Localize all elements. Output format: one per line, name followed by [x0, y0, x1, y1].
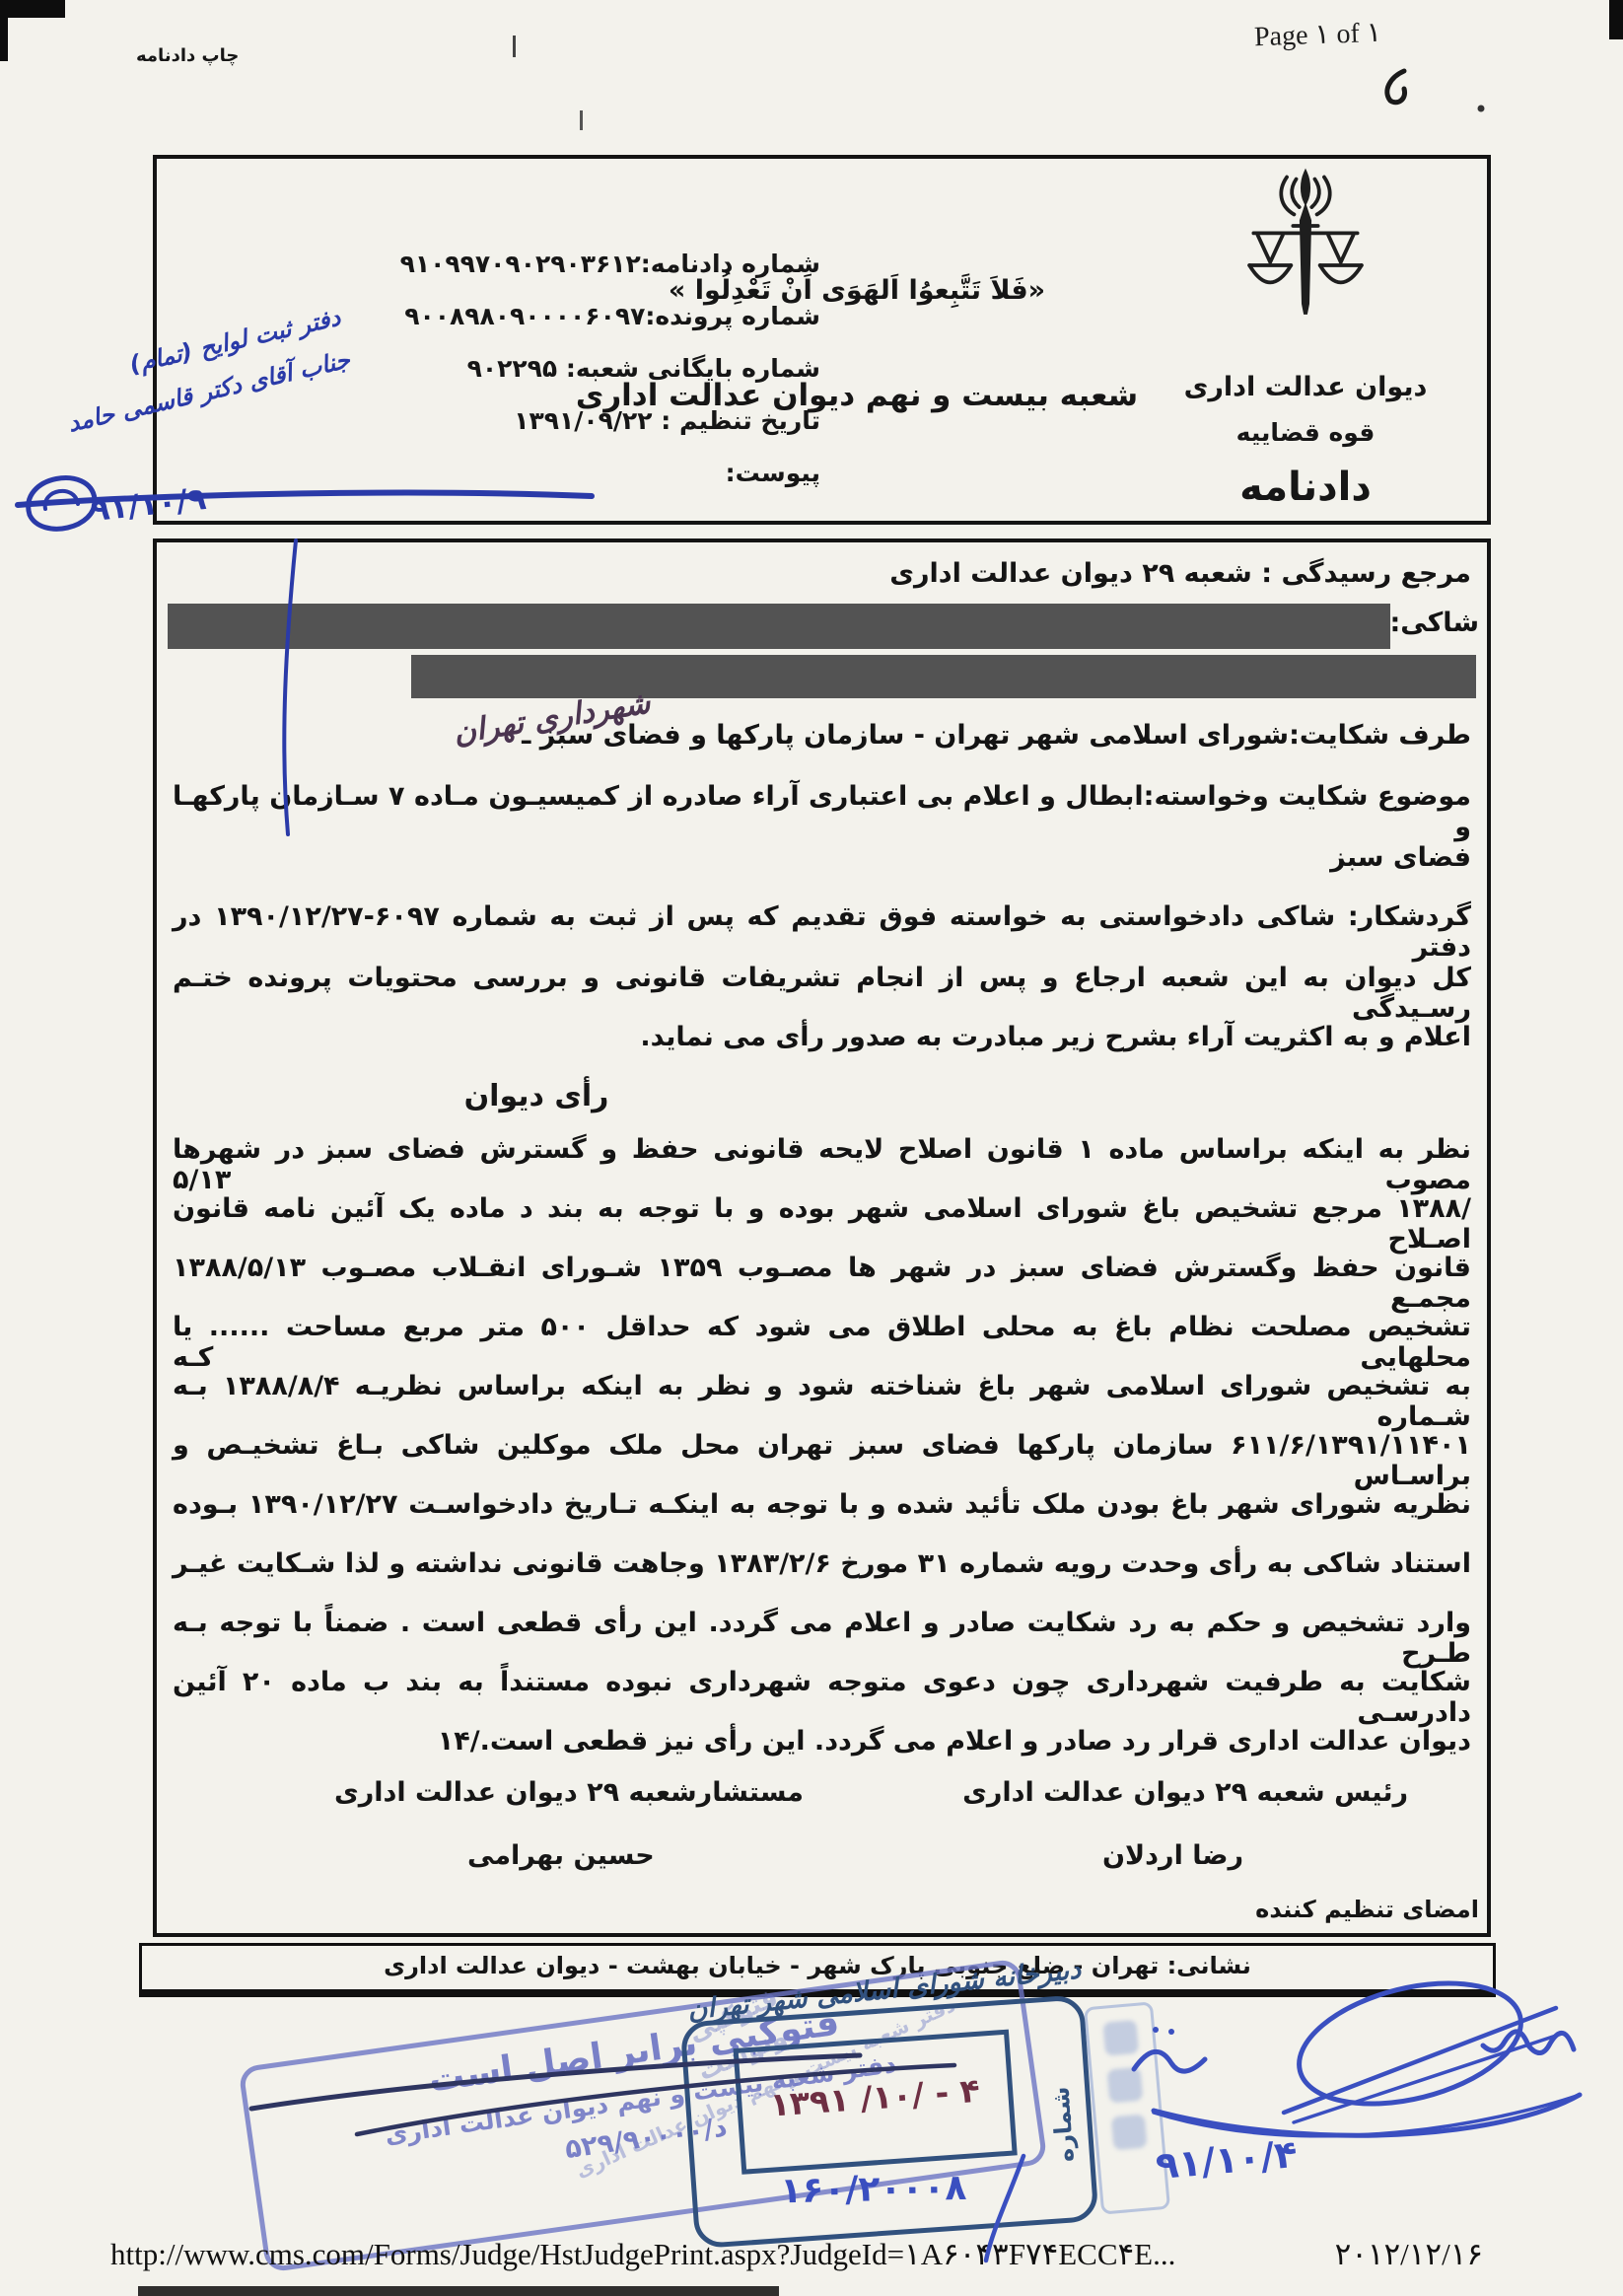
council-stamp-date-box: ۱۳۹۱ /۱۰/ - ۴ — [733, 2030, 1017, 2175]
ray-line: استناد شاکی به رأی وحدت رویه شماره ۳۱ مو… — [173, 1548, 1471, 1579]
redaction-box — [411, 655, 1476, 698]
scanned-judgment-page: چاپ دادنامه Page ۱ of ۱ شماره دادنامه:۹۱… — [0, 0, 1623, 2296]
signature-left-name: حسین بهرامی — [467, 1840, 655, 1871]
council-stamp-number: ۱۶۰/۲۰۰۰۸ — [725, 2167, 1022, 2212]
scan-artifact — [0, 0, 65, 18]
signature-right-name: رضا اردلان — [1102, 1840, 1243, 1871]
taraf-line: طرف شکایت:شورای اسلامی شهر تهران - سازما… — [173, 720, 1471, 751]
council-secretariat-stamp: دبیرخانه شورای اسلامی شهر تهران ۱۳۹۱ /۱۰… — [671, 1960, 1113, 2253]
field-value: ۹۰۰۸۹۸۰۹۰۰۰۰۶۰۹۷ — [404, 302, 645, 330]
field-label: پیوست: — [726, 459, 820, 487]
print-footer: http://www.cms.com/Forms/Judge/HstJudgeP… — [110, 2237, 1483, 2272]
signature-right-title: رئیس شعبه ۲۹ دیوان عدالت اداری — [962, 1777, 1408, 1808]
ray-line: نظر به اینکه براساس ماده ۱ قانون اصلاح ل… — [173, 1134, 1471, 1195]
field-peyvast: پیوست: — [426, 449, 820, 501]
mozu-line: فضای سبز — [173, 842, 1471, 873]
ray-line: تشخیص مصلحت نظام باغ به محلی اطلاق می شو… — [173, 1312, 1471, 1373]
header-box: شماره دادنامه:۹۱۰۹۹۷۰۹۰۲۹۰۳۶۱۲ شماره پرو… — [153, 155, 1491, 525]
council-stamp-number-label: شماره — [1046, 2086, 1079, 2163]
ray-line: وارد تشخیص و حکم به رد شکایت صادر و اعلا… — [173, 1608, 1471, 1669]
handwritten-date: ۹۱/۱۰/۴ — [1154, 2132, 1299, 2188]
redaction-box — [168, 604, 1390, 649]
body-box: مرجع رسیدگی : شعبه ۲۹ دیوان عدالت اداری … — [153, 538, 1491, 1937]
ray-line: به تشخیص شورای اسلامی شهر باغ شناخته شود… — [173, 1371, 1471, 1432]
gardesh-line: اعلام و به اکثریت آراء بشرح زیر مبادرت ب… — [173, 1022, 1471, 1052]
footer-url: http://www.cms.com/Forms/Judge/HstJudgeP… — [110, 2237, 1175, 2272]
marja-line: مرجع رسیدگی : شعبه ۲۹ دیوان عدالت اداری — [173, 558, 1471, 589]
org-name: دیوان عدالت اداری — [1182, 372, 1429, 402]
mozu-line: موضوع شکایت وخواسته:ابطال و اعلام بی اعت… — [173, 781, 1471, 842]
field-label: شماره پرونده: — [645, 302, 820, 330]
ray-heading: رأی دیوان — [433, 1079, 640, 1113]
ray-line: دیوان عدالت اداری قرار رد صادر و اعلام م… — [173, 1726, 1471, 1757]
scan-artifact — [513, 36, 516, 57]
scan-artifact — [0, 0, 8, 61]
gardesh-line: کل دیوان به این شعبه ارجاع و پس از انجام… — [173, 963, 1471, 1024]
ray-line: نظریه شورای شهر باغ بودن ملک تأئید شده و… — [173, 1489, 1471, 1520]
org-block: دیوان عدالت اداری قوه قضاییه دادنامه — [1182, 167, 1429, 510]
ray-line: شکایت به طرفیت شهرداری چون دعوی متوجه شه… — [173, 1667, 1471, 1728]
signature-left-title: مستشارشعبه ۲۹ دیوان عدالت اداری — [334, 1777, 804, 1808]
quran-quote: «فَلاَ تَتَّبِعوُا اَلهَوَی اَنْ تَعْدِل… — [620, 275, 1094, 306]
field-value: ۹۱۰۹۹۷۰۹۰۲۹۰۳۶۱۲ — [400, 250, 641, 278]
field-value: ۹۰۲۲۹۵ — [467, 354, 558, 383]
scan-artifact — [1609, 0, 1623, 39]
ray-line: ۶۱۱/۶/۱۳۹۱/۱۱۴۰۱ سازمان پارکها فضای سبز … — [173, 1430, 1471, 1491]
page-indicator: Page ۱ of ۱ — [1253, 16, 1381, 53]
print-judgment-label: چاپ دادنامه — [136, 45, 239, 66]
council-stamp-date: ۱۳۹۱ /۱۰/ - ۴ — [739, 2035, 1012, 2162]
ray-line: /۱۳۸۸ مرجع تشخیص باغ شورای اسلامی شهر بو… — [173, 1193, 1471, 1255]
scan-artifact — [138, 2286, 779, 2296]
gardesh-line: گردشکار: شاکی دادخواستی به خواسته فوق تق… — [173, 901, 1471, 963]
justice-scales-icon — [1232, 167, 1379, 364]
footer-date: ۲۰۱۲/۱۲/۱۶ — [1335, 2237, 1483, 2272]
org-parent: قوه قضاییه — [1182, 418, 1429, 447]
doc-type-title: دادنامه — [1182, 465, 1429, 510]
branch-title: شعبه بیست و نهم دیوان عدالت اداری — [551, 378, 1163, 413]
field-label: شماره دادنامه: — [641, 250, 820, 278]
ray-line: قانون حفظ وگسترش فضای سبز در شهر ها مصـو… — [173, 1253, 1471, 1314]
scan-artifact — [580, 110, 583, 130]
emza-label: امضای تنظیم کننده — [1255, 1896, 1479, 1923]
